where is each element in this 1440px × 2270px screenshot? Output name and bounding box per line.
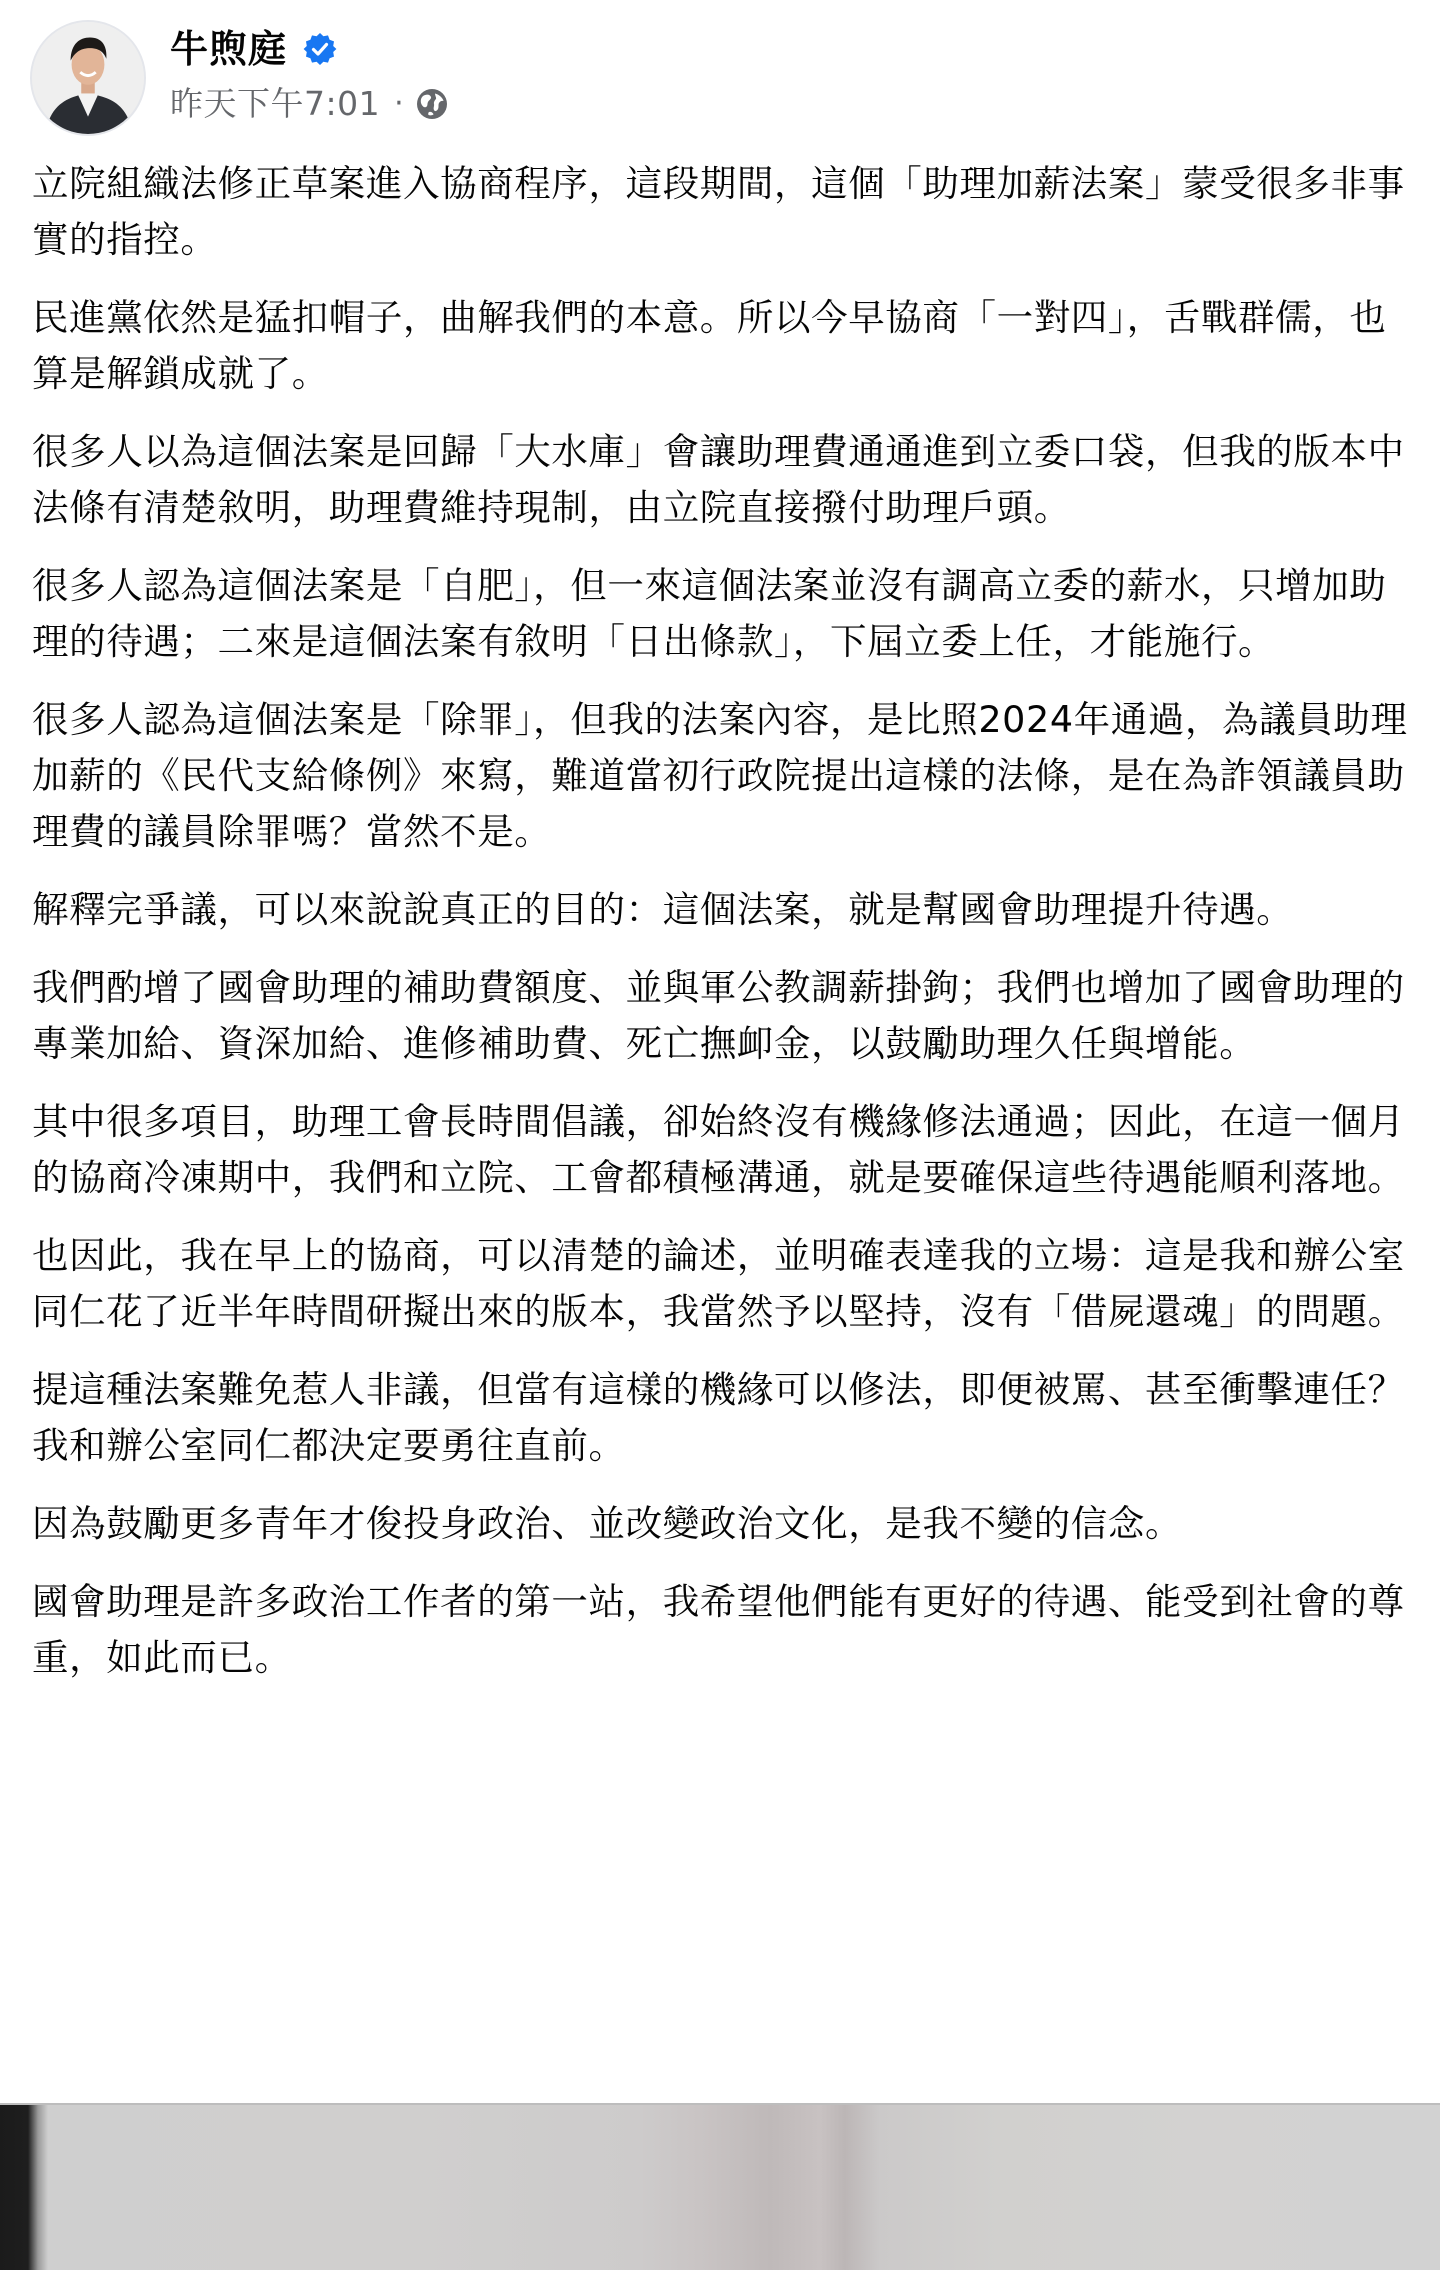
- post-paragraph: 很多人認為這個法案是「自肥」，但一來這個法案並沒有調高立委的薪水，只增加助理的待…: [32, 558, 1422, 670]
- author-row: 牛煦庭: [170, 24, 337, 74]
- post-header: 牛煦庭 昨天下午7:01 ·: [0, 0, 1440, 150]
- author-avatar[interactable]: [30, 20, 146, 136]
- post-paragraph: 立院組織法修正草案進入協商程序，這段期間，這個「助理加薪法案」蒙受很多非事實的指…: [32, 156, 1422, 268]
- post-timestamp[interactable]: 昨天下午7:01: [170, 82, 380, 126]
- post-meta: 昨天下午7:01 ·: [170, 82, 448, 126]
- verified-badge-icon: [303, 32, 337, 66]
- author-name[interactable]: 牛煦庭: [170, 24, 287, 74]
- post-paragraph: 很多人以為這個法案是回歸「大水庫」會讓助理費通通進到立委口袋，但我的版本中法條有…: [32, 424, 1422, 536]
- profile-photo-icon: [32, 22, 144, 134]
- globe-icon[interactable]: [416, 88, 448, 120]
- post-body: 立院組織法修正草案進入協商程序，這段期間，這個「助理加薪法案」蒙受很多非事實的指…: [32, 156, 1422, 1708]
- post-paragraph: 提這種法案難免惹人非議，但當有這樣的機緣可以修法，即便被罵、甚至衝擊連任？我和辦…: [32, 1362, 1422, 1474]
- post-paragraph: 因為鼓勵更多青年才俊投身政治、並改變政治文化，是我不變的信念。: [32, 1496, 1422, 1552]
- post-paragraph: 民進黨依然是猛扣帽子，曲解我們的本意。所以今早協商「一對四」，舌戰群儒，也算是解…: [32, 290, 1422, 402]
- post-paragraph: 國會助理是許多政治工作者的第一站，我希望他們能有更好的待遇、能受到社會的尊重，如…: [32, 1574, 1422, 1686]
- post-paragraph: 也因此，我在早上的協商，可以清楚的論述，並明確表達我的立場：這是我和辦公室同仁花…: [32, 1228, 1422, 1340]
- post-paragraph: 我們酌增了國會助理的補助費額度、並與軍公教調薪掛鉤；我們也增加了國會助理的專業加…: [32, 960, 1422, 1072]
- attached-photo[interactable]: [0, 2103, 1440, 2270]
- post-paragraph: 其中很多項目，助理工會長時間倡議，卻始終沒有機緣修法通過；因此，在這一個月的協商…: [32, 1094, 1422, 1206]
- post-paragraph: 解釋完爭議，可以來說說真正的目的：這個法案，就是幫國會助理提升待遇。: [32, 882, 1422, 938]
- post-paragraph: 很多人認為這個法案是「除罪」，但我的法案內容，是比照2024年通過，為議員助理加…: [32, 692, 1422, 860]
- meta-separator: ·: [394, 82, 404, 126]
